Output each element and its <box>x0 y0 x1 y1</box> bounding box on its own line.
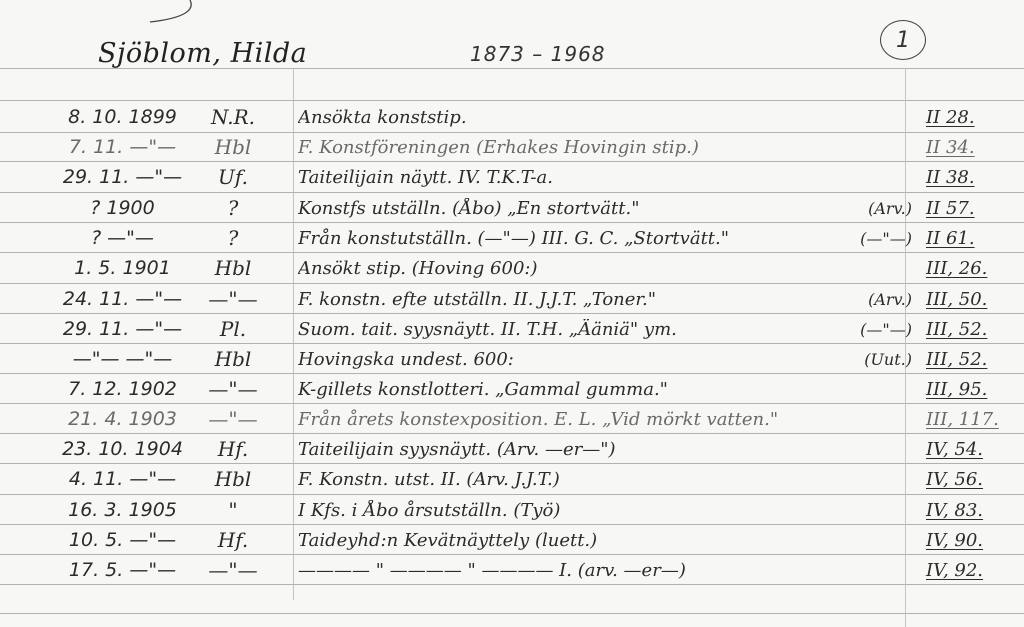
entry-date: 1. 5. 1901 <box>40 257 205 279</box>
life-years: 1873 – 1968 <box>470 42 606 66</box>
entry-reference: III, 95. <box>926 379 1006 400</box>
entry-reference: III, 26. <box>926 258 1006 279</box>
entry-place: —"— <box>198 287 268 311</box>
entry-note: (—"—) <box>860 320 912 339</box>
entry-row: 29. 11. —"— Uf. Taiteilijain näytt. IV. … <box>0 164 1024 192</box>
entry-place: Hbl <box>198 135 268 159</box>
entry-row: 23. 10. 1904 Hf. Taiteilijain syysnäytt.… <box>0 436 1024 464</box>
ruled-line <box>0 283 1024 284</box>
entry-reference: II 28. <box>926 107 1006 128</box>
entry-row: 4. 11. —"— Hbl F. Konstn. utst. II. (Arv… <box>0 466 1024 494</box>
entry-note: (Arv.) <box>868 290 912 309</box>
entry-place: ? <box>198 196 268 220</box>
entry-row: —"— —"— Hbl Hovingska undest. 600: (Uut.… <box>0 346 1024 374</box>
entry-description: F. konstn. efte utställn. II. J.J.T. „To… <box>298 289 858 310</box>
entry-date: ? 1900 <box>40 197 205 219</box>
entry-date: 7. 12. 1902 <box>40 378 205 400</box>
entry-date: 7. 11. —"— <box>40 136 205 158</box>
entry-place: Hf. <box>198 528 268 552</box>
entry-place: Pl. <box>198 317 268 341</box>
index-card: Sjöblom, Hilda 1873 – 1968 1 8. 10. 1899… <box>0 0 1024 627</box>
entry-reference: II 57. <box>926 198 1006 219</box>
person-name: Sjöblom, Hilda <box>98 38 307 69</box>
entry-reference: II 34. <box>926 137 1006 158</box>
entry-row: 17. 5. —"— —"— ———— " ———— " ———— I. (ar… <box>0 557 1024 585</box>
entry-description: Taideyhd:n Kevätnäyttely (luett.) <box>298 530 858 551</box>
ruled-line <box>0 613 1024 614</box>
entry-row: ? 1900 ? Konstfs utställn. (Åbo) „En sto… <box>0 195 1024 223</box>
entry-place: Hbl <box>198 467 268 491</box>
entry-row: ? —"— ? Från konstutställn. (—"—) III. G… <box>0 225 1024 253</box>
entry-row: 16. 3. 1905 " I Kfs. i Åbo årsutställn. … <box>0 497 1024 525</box>
entry-row: 8. 10. 1899 N.R. Ansökta konststip. II 2… <box>0 104 1024 132</box>
entry-description: K-gillets konstlotteri. „Gammal gumma." <box>298 379 858 400</box>
entry-reference: II 38. <box>926 167 1006 188</box>
entry-place: Hbl <box>198 256 268 280</box>
entry-reference: III, 52. <box>926 349 1006 370</box>
entry-description: Från årets konstexposition. E. L. „Vid m… <box>298 409 858 430</box>
entry-date: 23. 10. 1904 <box>40 438 205 460</box>
ruled-line <box>0 192 1024 193</box>
entry-date: 16. 3. 1905 <box>40 499 205 521</box>
entry-description: I Kfs. i Åbo årsutställn. (Työ) <box>298 500 858 521</box>
entry-row: 7. 12. 1902 —"— K-gillets konstlotteri. … <box>0 376 1024 404</box>
entry-date: 17. 5. —"— <box>40 559 205 581</box>
entry-note: (—"—) <box>860 229 912 248</box>
entry-description: Konstfs utställn. (Åbo) „En stortvätt." <box>298 198 858 219</box>
entry-note: (Uut.) <box>864 350 912 369</box>
entry-row: 7. 11. —"— Hbl F. Konstföreningen (Erhak… <box>0 134 1024 162</box>
entry-reference: II 61. <box>926 228 1006 249</box>
entry-description: Hovingska undest. 600: <box>298 349 858 370</box>
entry-reference: IV, 83. <box>926 500 1006 521</box>
ruled-line <box>0 494 1024 495</box>
entry-date: 8. 10. 1899 <box>40 106 205 128</box>
entry-description: Taiteilijain syysnäytt. (Arv. —er—") <box>298 439 858 460</box>
entry-description: Suom. tait. syysnäytt. II. T.H. „Ääniä" … <box>298 319 858 340</box>
entry-place: —"— <box>198 377 268 401</box>
entry-reference: IV, 90. <box>926 530 1006 551</box>
card-number-badge: 1 <box>880 20 926 60</box>
entry-description: Taiteilijain näytt. IV. T.K.T-a. <box>298 167 858 188</box>
entry-date: 21. 4. 1903 <box>40 408 205 430</box>
entry-reference: III, 52. <box>926 319 1006 340</box>
entry-description: F. Konstföreningen (Erhakes Hovingin sti… <box>298 137 858 158</box>
entry-note: (Arv.) <box>868 199 912 218</box>
entry-row: 21. 4. 1903 —"— Från årets konstexpositi… <box>0 406 1024 434</box>
entry-reference: IV, 54. <box>926 439 1006 460</box>
entry-place: ? <box>198 226 268 250</box>
entry-place: Uf. <box>198 165 268 189</box>
entry-row: 10. 5. —"— Hf. Taideyhd:n Kevätnäyttely … <box>0 527 1024 555</box>
entry-date: 24. 11. —"— <box>40 288 205 310</box>
entry-date: 29. 11. —"— <box>40 166 205 188</box>
entry-place: —"— <box>198 407 268 431</box>
entry-reference: IV, 92. <box>926 560 1006 581</box>
entry-place: N.R. <box>198 105 268 129</box>
entry-description: Ansökta konststip. <box>298 107 858 128</box>
ruled-line <box>0 132 1024 133</box>
entry-description: Från konstutställn. (—"—) III. G. C. „St… <box>298 228 858 249</box>
entry-place: " <box>198 498 268 522</box>
flourish-decoration <box>140 0 220 30</box>
entry-date: ? —"— <box>40 227 205 249</box>
entry-row: 24. 11. —"— —"— F. konstn. efte utställn… <box>0 286 1024 314</box>
entry-description: F. Konstn. utst. II. (Arv. J.J.T.) <box>298 469 858 490</box>
entry-reference: IV, 56. <box>926 469 1006 490</box>
entry-row: 29. 11. —"— Pl. Suom. tait. syysnäytt. I… <box>0 316 1024 344</box>
entry-date: 4. 11. —"— <box>40 468 205 490</box>
entry-description: Ansökt stip. (Hoving 600:) <box>298 258 858 279</box>
entry-reference: III, 50. <box>926 289 1006 310</box>
entry-date: 10. 5. —"— <box>40 529 205 551</box>
ruled-line <box>0 68 1024 69</box>
ruled-line <box>0 100 1024 101</box>
entry-description: ———— " ———— " ———— I. (arv. —er—) <box>298 560 858 581</box>
card-number: 1 <box>896 28 910 53</box>
entry-place: Hbl <box>198 347 268 371</box>
entry-row: 1. 5. 1901 Hbl Ansökt stip. (Hoving 600:… <box>0 255 1024 283</box>
entry-reference: III, 117. <box>926 409 1006 430</box>
entry-date: 29. 11. —"— <box>40 318 205 340</box>
entry-place: —"— <box>198 558 268 582</box>
entry-place: Hf. <box>198 437 268 461</box>
entry-date: —"— —"— <box>40 348 205 370</box>
